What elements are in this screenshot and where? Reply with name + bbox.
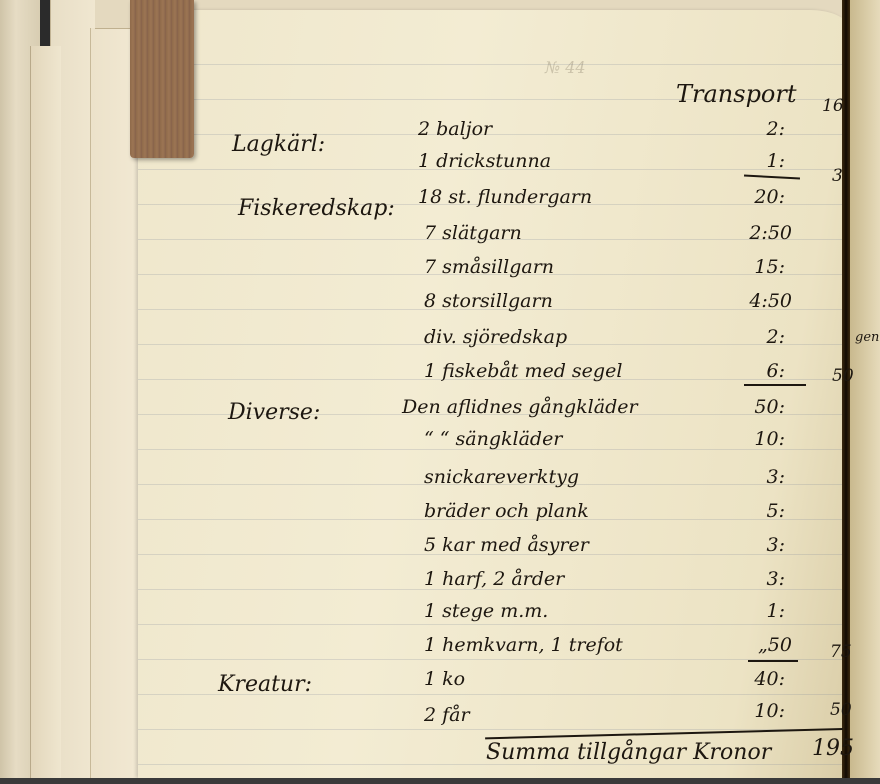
item-amount: 3: xyxy=(715,534,785,556)
total-label: Summa tillgångar Kronor xyxy=(486,740,771,765)
category-diverse: Diverse: xyxy=(228,400,320,425)
item-text: div. sjöredskap xyxy=(424,326,567,348)
transport-label: Transport xyxy=(676,80,797,108)
item-text: 7 småsillgarn xyxy=(424,256,554,278)
item-amount: 4:50 xyxy=(722,290,792,312)
section-subtotal: 3 xyxy=(832,166,843,186)
item-amount: 20: xyxy=(715,186,785,208)
item-amount: 3: xyxy=(715,466,785,488)
item-text: 5 kar med åsyrer xyxy=(424,534,589,556)
item-amount: 6: xyxy=(715,360,785,382)
item-amount: „50 xyxy=(722,634,792,656)
section-subtotal: 50 xyxy=(830,700,852,720)
item-amount: 50: xyxy=(715,396,785,418)
section-subtotal: 50 xyxy=(832,366,854,386)
item-amount: 1: xyxy=(715,150,785,172)
total-amount: 195 xyxy=(812,736,854,761)
item-text: 2 baljor xyxy=(418,118,492,140)
item-amount: 10: xyxy=(715,428,785,450)
item-text: “ “ sängkläder xyxy=(424,428,562,450)
item-text: Den aflidnes gångkläder xyxy=(402,396,638,418)
item-amount: 2: xyxy=(715,326,785,348)
item-text: 7 slätgarn xyxy=(424,222,522,244)
item-text: 8 storsillgarn xyxy=(424,290,553,312)
section-subtotal: 75 xyxy=(830,642,852,662)
item-text: 2 får xyxy=(424,704,470,726)
item-amount: 3: xyxy=(715,568,785,590)
page-stack-edge xyxy=(30,46,61,778)
scanner-edge xyxy=(0,778,880,784)
subtotal-underline xyxy=(744,384,806,386)
item-text: 1 ko xyxy=(424,668,465,690)
faint-page-mark: № 44 xyxy=(545,58,586,77)
item-amount: 2:50 xyxy=(722,222,792,244)
item-amount: 40: xyxy=(715,668,785,690)
item-text: 1 drickstunna xyxy=(418,150,551,172)
item-text: bräder och plank xyxy=(424,500,589,522)
transport-amount: 16 xyxy=(822,96,844,116)
right-page-fragment: gent xyxy=(855,330,880,345)
category-kreatur: Kreatur: xyxy=(218,672,312,697)
item-text: 18 st. flundergarn xyxy=(418,186,592,208)
category-lagkarl: Lagkärl: xyxy=(232,132,325,157)
item-text: 1 harf, 2 årder xyxy=(424,568,564,590)
item-amount: 15: xyxy=(715,256,785,278)
item-amount: 1: xyxy=(715,600,785,622)
item-amount: 10: xyxy=(715,700,785,722)
item-text: 1 fiskebåt med segel xyxy=(424,360,622,382)
item-text: 1 hemkvarn, 1 trefot xyxy=(424,634,623,656)
item-text: 1 stege m.m. xyxy=(424,600,548,622)
item-text: snickareverktyg xyxy=(424,466,579,488)
item-amount: 2: xyxy=(715,118,785,140)
wooden-bookmark xyxy=(130,0,194,158)
item-amount: 5: xyxy=(715,500,785,522)
category-fiskeredskap: Fiskeredskap: xyxy=(238,196,395,221)
adjacent-page xyxy=(850,0,880,778)
subtotal-underline xyxy=(748,660,798,662)
